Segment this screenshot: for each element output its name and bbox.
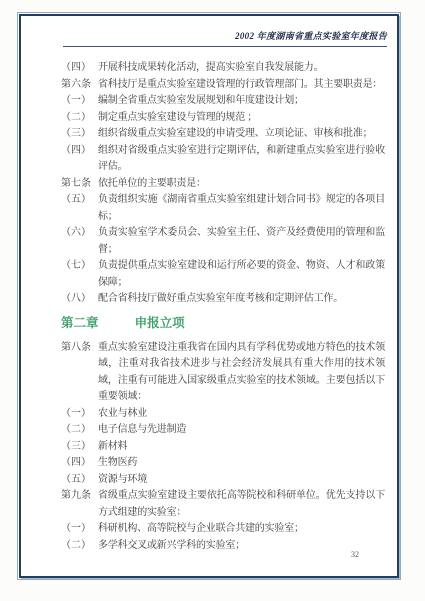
clause-text: 新材料	[98, 439, 385, 456]
clause-text: 电子信息与先进制造	[98, 422, 385, 439]
article-text: 重点实验室建设注重我省在国内具有学科优势或地方特色的技术领域，注重对我省技术进步…	[98, 340, 385, 406]
clause-text: 制定重点实验室建设与管理的规范 ；	[98, 110, 385, 127]
clause-label: （四）	[61, 143, 98, 176]
clause-label: （八）	[61, 291, 98, 308]
page-frame: 2002 年度湖南省重点实验室年度报告 （四） 开展科技成果转化活动，提高实验室…	[19, 14, 399, 578]
clause-row: （六） 负责实验室学术委员会、实验室主任、资产及经费使用的管理和监督；	[61, 225, 385, 258]
chapter-heading: 第二章 申报立项	[61, 315, 385, 332]
clause-row: （五） 资源与环境	[61, 472, 385, 489]
clause-row: （一） 编制全省重点实验室发展规划和年度建设计划；	[61, 93, 385, 110]
chapter-label: 第二章	[61, 316, 99, 330]
clause-row: （一） 农业与林业	[61, 406, 385, 423]
article-label: 第七条	[61, 176, 98, 193]
clause-text: 生物医药	[98, 455, 385, 472]
scanned-page-background: 2002 年度湖南省重点实验室年度报告 （四） 开展科技成果转化活动，提高实验室…	[0, 0, 425, 601]
clause-row: （三） 新材料	[61, 439, 385, 456]
header-title: 2002 年度湖南省重点实验室年度报告	[235, 31, 387, 41]
chapter-title: 申报立项	[135, 316, 185, 330]
article-row: 第六条 省科技厅是重点实验室建设管理的行政管理部门。其主要职责是：	[61, 77, 385, 94]
clause-text: 农业与林业	[98, 406, 385, 423]
clause-row: （八） 配合省科技厅做好重点实验室年度考核和定期评估工作。	[61, 291, 385, 308]
page-content: （四） 开展科技成果转化活动，提高实验室自我发展能力。 第六条 省科技厅是重点实…	[61, 60, 385, 554]
page-number: 32	[351, 550, 359, 559]
clause-row: （四） 组织对省级重点实验室进行定期评估，和新建重点实验室进行验收评估。	[61, 143, 385, 176]
article-row: 第八条 重点实验室建设注重我省在国内具有学科优势或地方特色的技术领域，注重对我省…	[61, 340, 385, 406]
article-text: 省级重点实验室建设主要依托高等院校和科研单位。优先支持以下方式组建的实验室：	[98, 488, 385, 521]
clause-label: （四）	[61, 455, 98, 472]
clause-text: 资源与环境	[98, 472, 385, 489]
clause-label: （一）	[61, 93, 98, 110]
clause-row: （三） 组织省级重点实验室建设的申请受理、立项论证、审核和批准；	[61, 126, 385, 143]
article-row: 第九条 省级重点实验室建设主要依托高等院校和科研单位。优先支持以下方式组建的实验…	[61, 488, 385, 521]
clause-text: 负责提供重点实验室建设和运行所必要的资金、物资、人才和政策保障；	[98, 258, 385, 291]
clause-text: 编制全省重点实验室发展规划和年度建设计划；	[98, 93, 385, 110]
clause-row: （五） 负责组织实施《湖南省重点实验室组建计划合同书》规定的各项目标；	[61, 192, 385, 225]
clause-text: 负责实验室学术委员会、实验室主任、资产及经费使用的管理和监督；	[98, 225, 385, 258]
clause-label: （二）	[61, 110, 98, 127]
clause-label: （五）	[61, 472, 98, 489]
clause-label: （五）	[61, 192, 98, 225]
clause-label: （一）	[61, 521, 98, 538]
clause-label: （六）	[61, 225, 98, 258]
clause-text: 组织对省级重点实验室进行定期评估，和新建重点实验室进行验收评估。	[98, 143, 385, 176]
clause-label: （七）	[61, 258, 98, 291]
clause-text: 开展科技成果转化活动，提高实验室自我发展能力。	[98, 60, 385, 77]
clause-label: （二）	[61, 422, 98, 439]
clause-text: 多学科交叉或新兴学科的实验室；	[98, 538, 385, 555]
page-header: 2002 年度湖南省重点实验室年度报告	[63, 26, 387, 47]
clause-row: （二） 多学科交叉或新兴学科的实验室；	[61, 538, 385, 555]
clause-row: （二） 制定重点实验室建设与管理的规范 ；	[61, 110, 385, 127]
clause-label: （二）	[61, 538, 98, 555]
clause-text: 组织省级重点实验室建设的申请受理、立项论证、审核和批准；	[98, 126, 385, 143]
clause-label: （四）	[61, 60, 98, 77]
clause-text: 负责组织实施《湖南省重点实验室组建计划合同书》规定的各项目标；	[98, 192, 385, 225]
article-label: 第八条	[61, 340, 98, 406]
clause-row: （四） 生物医药	[61, 455, 385, 472]
clause-text: 科研机构、高等院校与企业联合共建的实验室；	[98, 521, 385, 538]
clause-label: （三）	[61, 439, 98, 456]
clause-text: 配合省科技厅做好重点实验室年度考核和定期评估工作。	[98, 291, 385, 308]
article-row: 第七条 依托单位的主要职责是：	[61, 176, 385, 193]
article-label: 第九条	[61, 488, 98, 521]
clause-label: （三）	[61, 126, 98, 143]
article-text: 省科技厅是重点实验室建设管理的行政管理部门。其主要职责是：	[98, 77, 385, 94]
clause-label: （一）	[61, 406, 98, 423]
article-label: 第六条	[61, 77, 98, 94]
clause-row: （二） 电子信息与先进制造	[61, 422, 385, 439]
clause-row: （一） 科研机构、高等院校与企业联合共建的实验室；	[61, 521, 385, 538]
clause-row: （七） 负责提供重点实验室建设和运行所必要的资金、物资、人才和政策保障；	[61, 258, 385, 291]
article-text: 依托单位的主要职责是：	[98, 176, 385, 193]
clause-row: （四） 开展科技成果转化活动，提高实验室自我发展能力。	[61, 60, 385, 77]
